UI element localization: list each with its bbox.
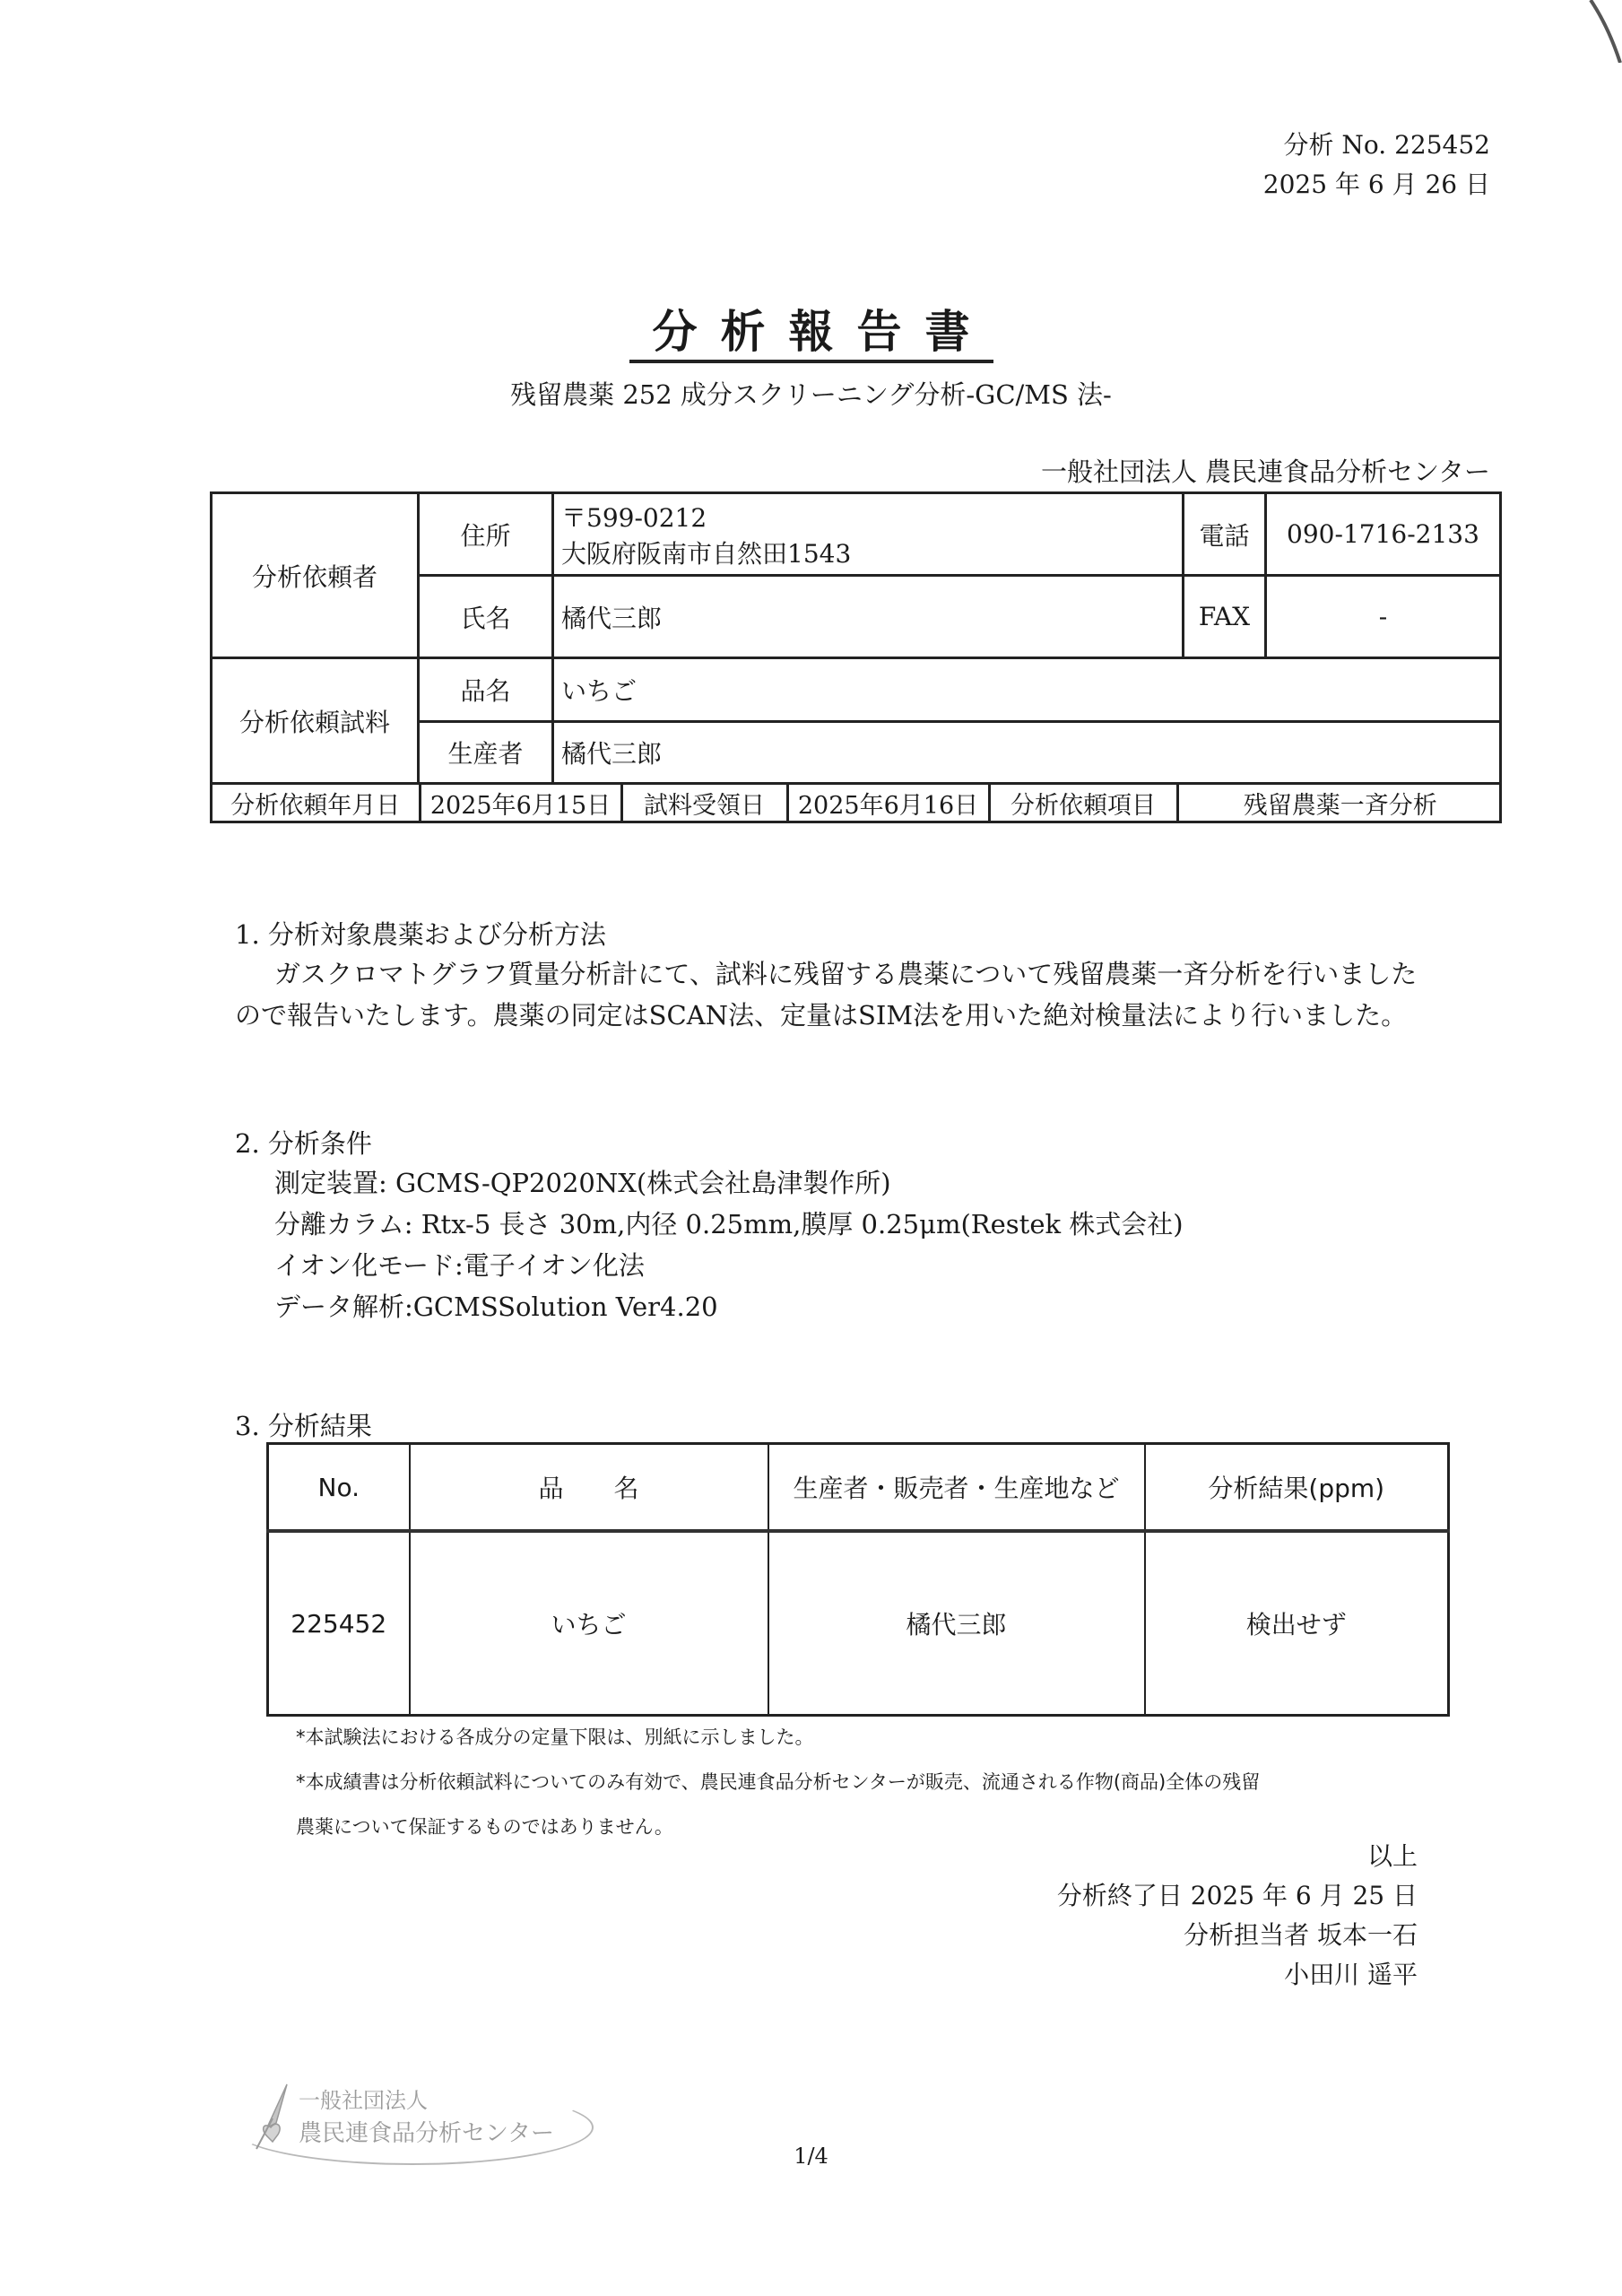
analysis-number: 分析 No. 225452: [1263, 126, 1490, 165]
request-info-table: 分析依頼者 住所 〒599-0212 大阪府阪南市自然田1543 電話 090-…: [210, 491, 1502, 823]
scan-edge-mark: [1586, 0, 1622, 63]
note-2: *本成績書は分析依頼試料についてのみ有効で、農民連食品分析センターが販売、流通さ…: [296, 1760, 1260, 1805]
product-value: いちご: [553, 658, 1501, 722]
page-title: 分析報告書: [0, 296, 1622, 361]
condition-instrument: 測定装置: GCMS-QP2020NX(株式会社島津製作所): [274, 1162, 1184, 1204]
result-no: 225452: [268, 1531, 410, 1716]
address-label: 住所: [419, 493, 553, 576]
dates-row: 分析依頼年月日 2025年6月15日 試料受領日 2025年6月16日 分析依頼…: [213, 785, 1502, 821]
section-2-heading: 2. 分析条件: [235, 1124, 372, 1161]
section-2-items: 測定装置: GCMS-QP2020NX(株式会社島津製作所) 分離カラム: Rt…: [274, 1162, 1184, 1327]
phone-value: 090-1716-2133: [1266, 493, 1501, 576]
section-1-heading: 1. 分析対象農薬および分析方法: [235, 915, 606, 952]
request-item-value: 残留農薬一斉分析: [1177, 785, 1502, 821]
postal-code: 〒599-0212: [561, 499, 1175, 535]
sample-label: 分析依頼試料: [212, 658, 419, 784]
organization-name: 一般社団法人 農民連食品分析センター: [1041, 452, 1490, 489]
condition-software: データ解析:GCMSSolution Ver4.20: [274, 1286, 1184, 1327]
closing-block: 以上 分析終了日 2025 年 6 月 25 日 分析担当者 坂本一石 小田川 …: [1057, 1837, 1418, 1995]
fax-value: -: [1266, 576, 1501, 658]
result-producer: 橘代三郎: [768, 1531, 1145, 1716]
issue-date: 2025 年 6 月 26 日: [1263, 165, 1490, 204]
request-date-label: 分析依頼年月日: [213, 785, 420, 821]
request-item-label: 分析依頼項目: [989, 785, 1177, 821]
page-number: 1/4: [0, 2144, 1622, 2169]
address-value: 〒599-0212 大阪府阪南市自然田1543: [553, 493, 1184, 576]
analyst-line-1: 分析担当者 坂本一石: [1057, 1916, 1418, 1955]
section-1-line-2: ので報告いたします。農薬の同定はSCAN法、定量はSIM法を用いた絶対検量法によ…: [235, 995, 1407, 1036]
request-date-value: 2025年6月15日: [420, 785, 621, 821]
table-row: 225452 いちご 橘代三郎 検出せず: [268, 1531, 1449, 1716]
notes: *本試験法における各成分の定量下限は、別紙に示しました。 *本成績書は分析依頼試…: [296, 1715, 1260, 1849]
analyst-line-2: 小田川 遥平: [1057, 1955, 1418, 1995]
page-subtitle: 残留農薬 252 成分スクリーニング分析-GC/MS 法-: [0, 375, 1622, 412]
section-1-line-1: ガスクロマトグラフ質量分析計にて、試料に残留する農薬について残留農薬一斉分析を行…: [274, 953, 1417, 995]
document-meta: 分析 No. 225452 2025 年 6 月 26 日: [1263, 126, 1490, 204]
result-value: 検出せず: [1145, 1531, 1449, 1716]
col-header-producer: 生産者・販売者・生産地など: [768, 1444, 1145, 1532]
end-mark: 以上: [1057, 1837, 1418, 1876]
result-product: いちご: [410, 1531, 768, 1716]
producer-value: 橘代三郎: [553, 722, 1501, 784]
results-table: No. 品 名 生産者・販売者・生産地など 分析結果(ppm) 225452 い…: [266, 1442, 1450, 1717]
receipt-date-value: 2025年6月16日: [787, 785, 989, 821]
analysis-number-value: 225452: [1394, 130, 1490, 160]
requester-label: 分析依頼者: [212, 493, 419, 658]
col-header-no: No.: [268, 1444, 410, 1532]
section-3-heading: 3. 分析結果: [235, 1406, 372, 1443]
fax-label: FAX: [1184, 576, 1266, 658]
phone-label: 電話: [1184, 493, 1266, 576]
condition-ionization: イオン化モード:電子イオン化法: [274, 1245, 1184, 1286]
completion-date: 分析終了日 2025 年 6 月 25 日: [1057, 1876, 1418, 1916]
product-label: 品名: [419, 658, 553, 722]
name-value: 橘代三郎: [553, 576, 1184, 658]
col-header-result: 分析結果(ppm): [1145, 1444, 1449, 1532]
receipt-date-label: 試料受領日: [621, 785, 787, 821]
name-label: 氏名: [419, 576, 553, 658]
address-text: 大阪府阪南市自然田1543: [561, 535, 1175, 570]
col-header-product: 品 名: [410, 1444, 768, 1532]
stamp-line-1: 一般社団法人: [299, 2083, 428, 2114]
condition-column: 分離カラム: Rtx-5 長さ 30m,内径 0.25mm,膜厚 0.25μm(…: [274, 1204, 1184, 1245]
producer-label: 生産者: [419, 722, 553, 784]
note-1: *本試験法における各成分の定量下限は、別紙に示しました。: [296, 1715, 1260, 1760]
results-header-row: No. 品 名 生産者・販売者・生産地など 分析結果(ppm): [268, 1444, 1449, 1532]
